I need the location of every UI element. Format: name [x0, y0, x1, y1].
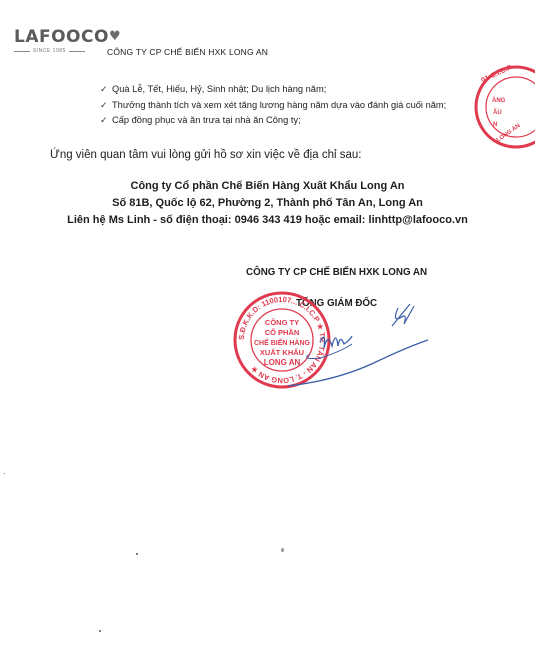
logo-wordmark: LAFOOCO♥: [14, 28, 121, 46]
company-address: Số 81B, Quốc lộ 62, Phường 2, Thành phố …: [0, 195, 535, 212]
contact-line: Liên hệ Ms Linh - số điện thoại: 0946 34…: [0, 212, 535, 229]
svg-text:LONG AN: LONG AN: [496, 123, 522, 144]
header-company-name: CÔNG TY CP CHẾ BIẾN HXK LONG AN: [107, 47, 268, 57]
logo-tagline: SINCE 1985: [14, 48, 121, 54]
checkmark-icon: ✓: [100, 98, 112, 114]
intro-text: Ứng viên quan tâm vui lòng gửi hồ sơ xin…: [50, 149, 361, 161]
stamp-side-icon: 01-C.I.C.P ÀNG ẨU N LONG AN: [468, 62, 535, 152]
scan-speck: [4, 473, 5, 474]
company-logo: LAFOOCO♥ SINCE 1985: [14, 28, 121, 54]
checkmark-icon: ✓: [100, 113, 112, 129]
scan-speck: [136, 553, 138, 555]
signature-icon: [280, 300, 430, 390]
svg-text:N: N: [493, 122, 497, 128]
svg-text:ẨU: ẨU: [493, 109, 502, 116]
svg-text:ÀNG: ÀNG: [492, 97, 506, 104]
scan-speck: [99, 630, 101, 632]
company-full-name: Công ty Cổ phần Chế Biến Hàng Xuất Khẩu …: [0, 178, 535, 195]
contact-block: Công ty Cổ phần Chế Biến Hàng Xuất Khẩu …: [0, 178, 535, 229]
heart-icon: ♥: [109, 29, 121, 44]
list-item: ✓Thưởng thành tích và xem xét tăng lương…: [100, 98, 446, 114]
signature-company: CÔNG TY CP CHẾ BIẾN HXK LONG AN: [246, 267, 427, 278]
checkmark-icon: ✓: [100, 82, 112, 98]
benefits-list: ✓Quà Lễ, Tết, Hiếu, Hỷ, Sinh nhật; Du lị…: [100, 82, 446, 129]
svg-text:01-C.I.C.P: 01-C.I.C.P: [480, 64, 513, 84]
list-item: ✓Quà Lễ, Tết, Hiếu, Hỷ, Sinh nhật; Du lị…: [100, 82, 446, 98]
list-item: ✓Cấp đồng phục và ăn trưa tại nhà ăn Côn…: [100, 113, 446, 129]
scan-speck: [281, 548, 284, 552]
